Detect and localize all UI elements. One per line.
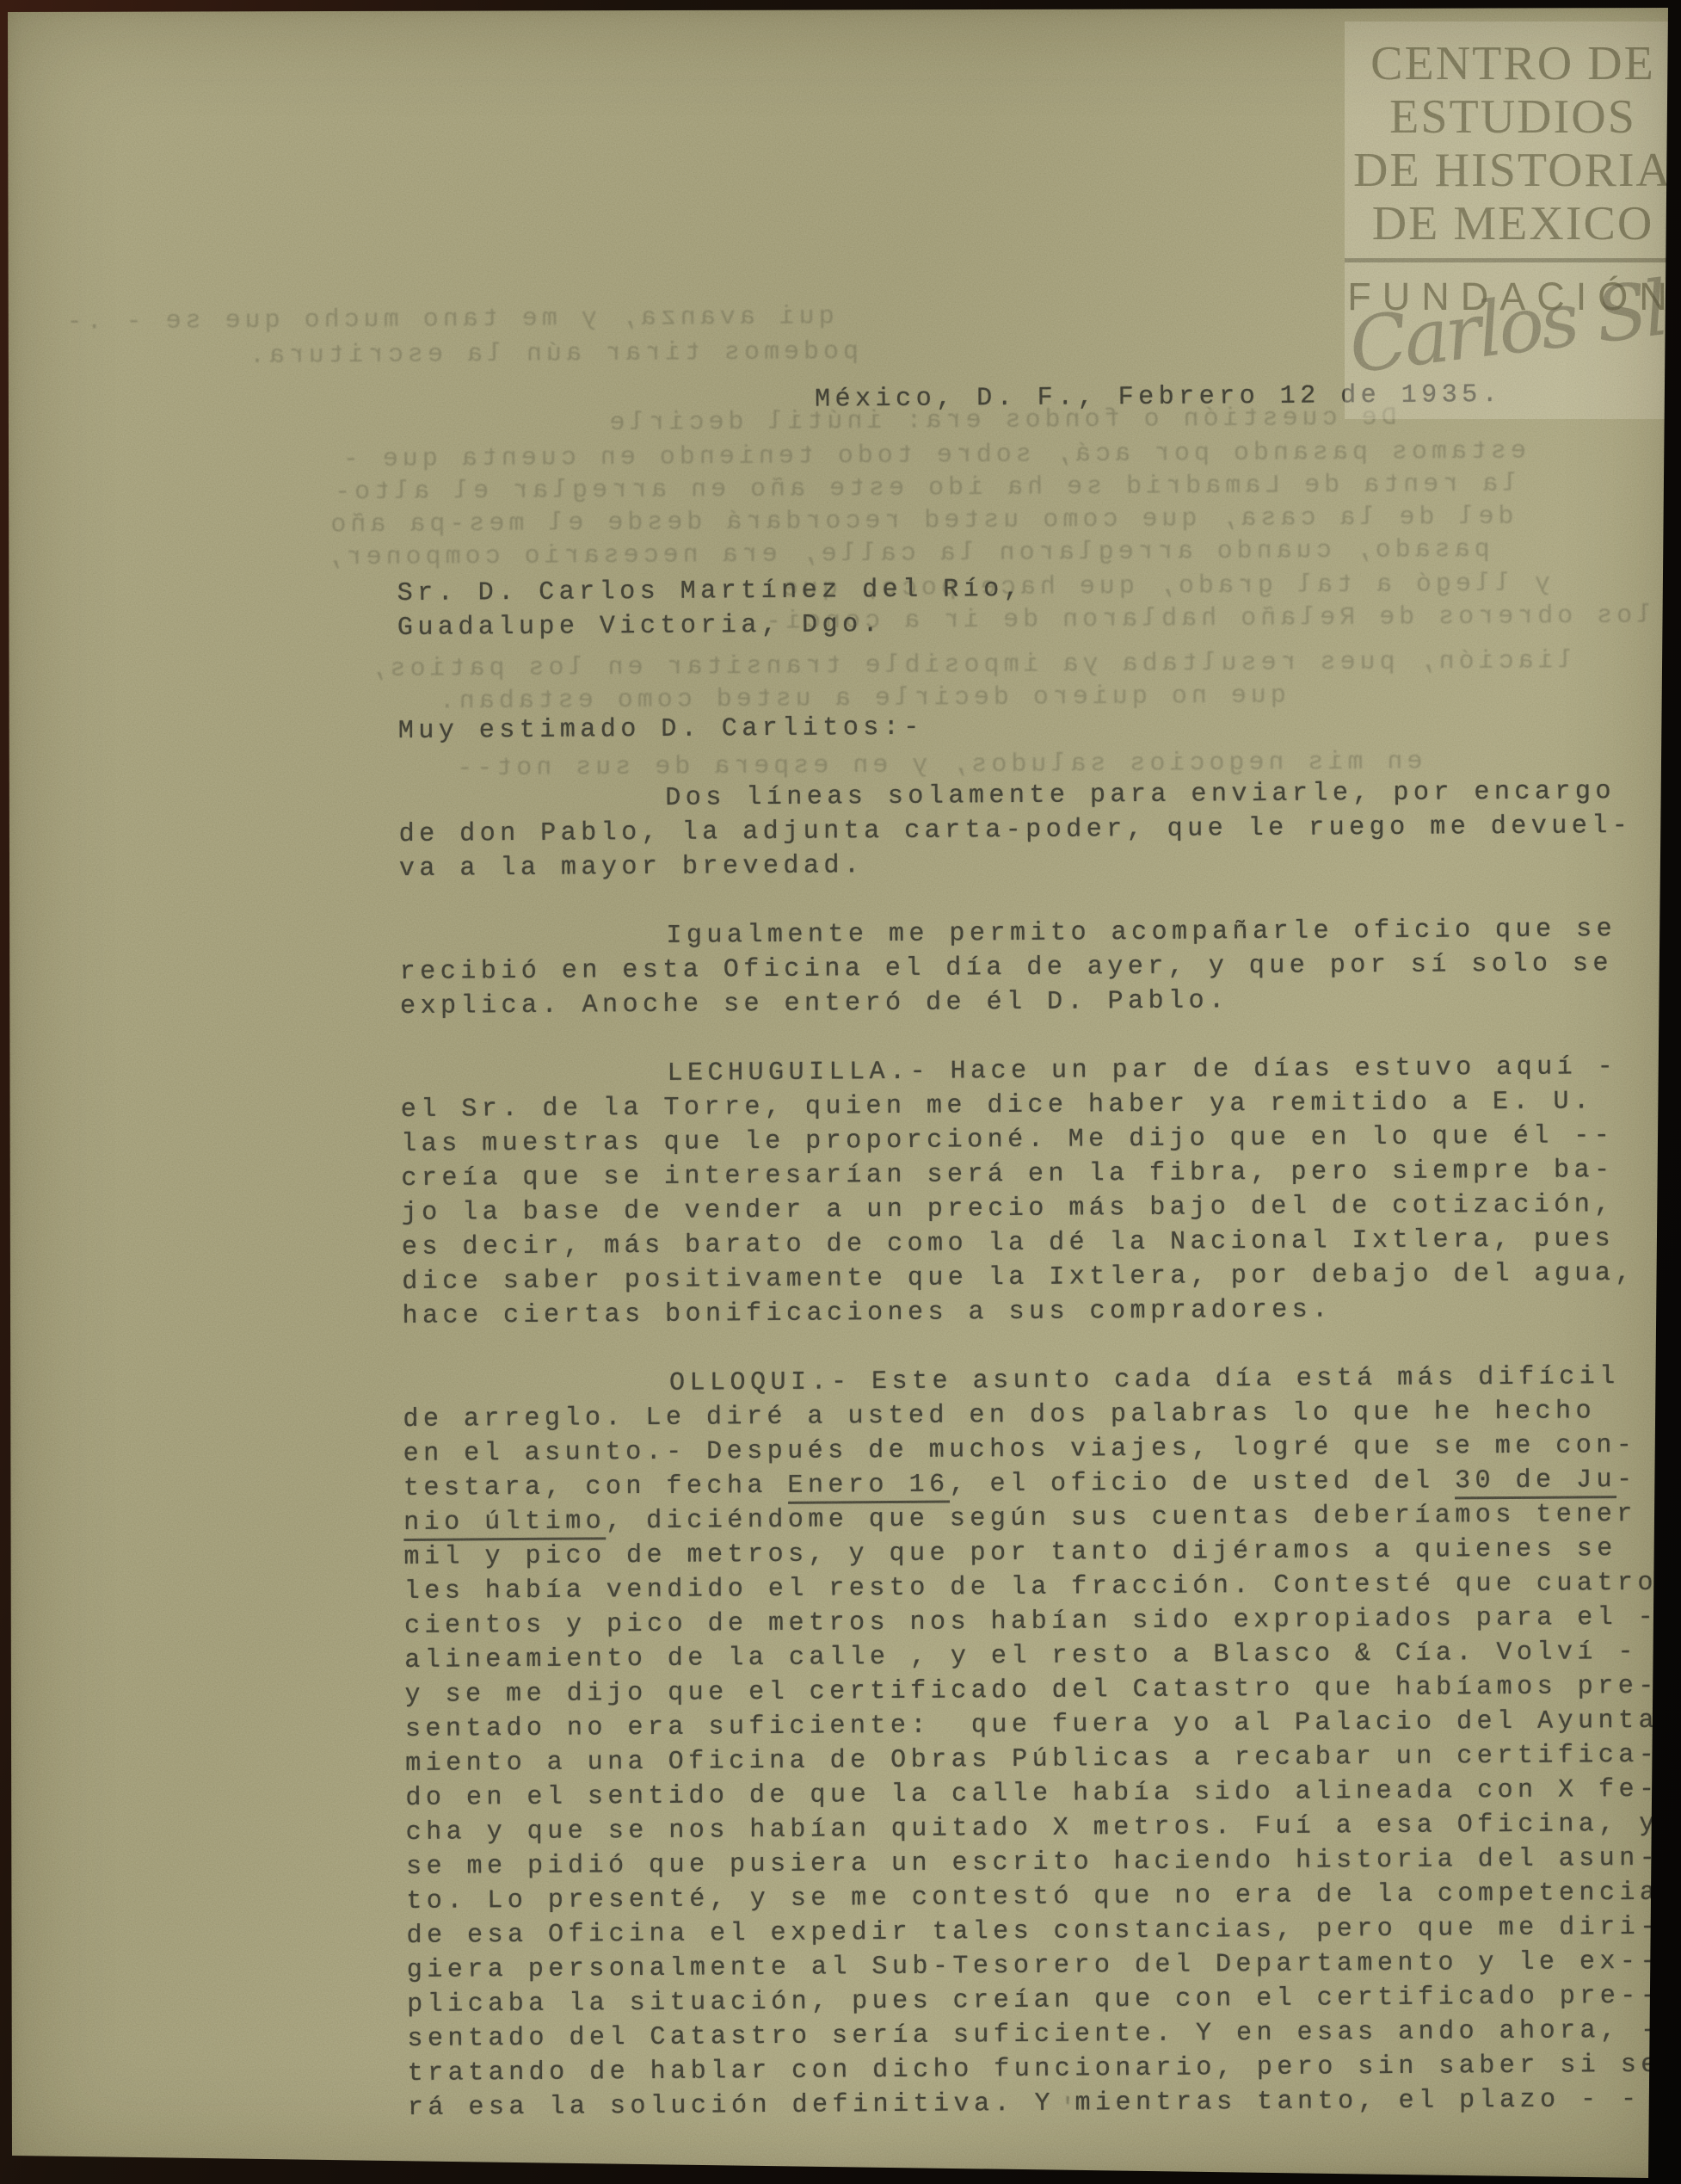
letter-paragraphs: Dos líneas solamente para enviarle, por … (398, 774, 1681, 2125)
archive-watermark-stamp: CENTRO DE ESTUDIOS DE HISTORIA DE MEXICO… (1345, 22, 1681, 419)
paragraph: OLLOQUI.- Este asunto cada día está más … (403, 1360, 1681, 2125)
watermark-institution: CENTRO DE ESTUDIOS DE HISTORIA DE MEXICO (1345, 22, 1681, 250)
scanned-letter-page: qui avanza, y me tano mucho que se - .-p… (0, 0, 1681, 2184)
paragraph: Igualmente me permito acompañarle oficio… (399, 912, 1681, 1024)
recipient-address: Sr. D. Carlos Martínez del Río,Guadalupe… (397, 568, 1681, 645)
watermark-signature-script: Carlos Slim (1345, 253, 1681, 391)
watermark-line: DE HISTORIA (1345, 144, 1681, 197)
bleedthrough-line: podemos tirar aún la escritura. (245, 336, 859, 373)
watermark-line: ESTUDIOS (1345, 90, 1681, 144)
watermark-rule (1345, 258, 1681, 262)
paragraph: LECHUGUILLA.- Hace un par de días estuvo… (400, 1050, 1681, 1334)
letter-paper: qui avanza, y me tano mucho que se - .-p… (0, 0, 1681, 2184)
paragraph: Dos líneas solamente para enviarle, por … (398, 774, 1681, 886)
watermark-line: CENTRO DE (1345, 37, 1681, 90)
bleedthrough-line: qui avanza, y me tano mucho que se - .- (62, 300, 834, 338)
letter-body: México, D. F., Febrero 12 de 1935. Sr. D… (396, 377, 1681, 2125)
watermark-line: DE MEXICO (1345, 197, 1681, 250)
salutation: Muy estimado D. Carlitos:- (398, 706, 1681, 749)
